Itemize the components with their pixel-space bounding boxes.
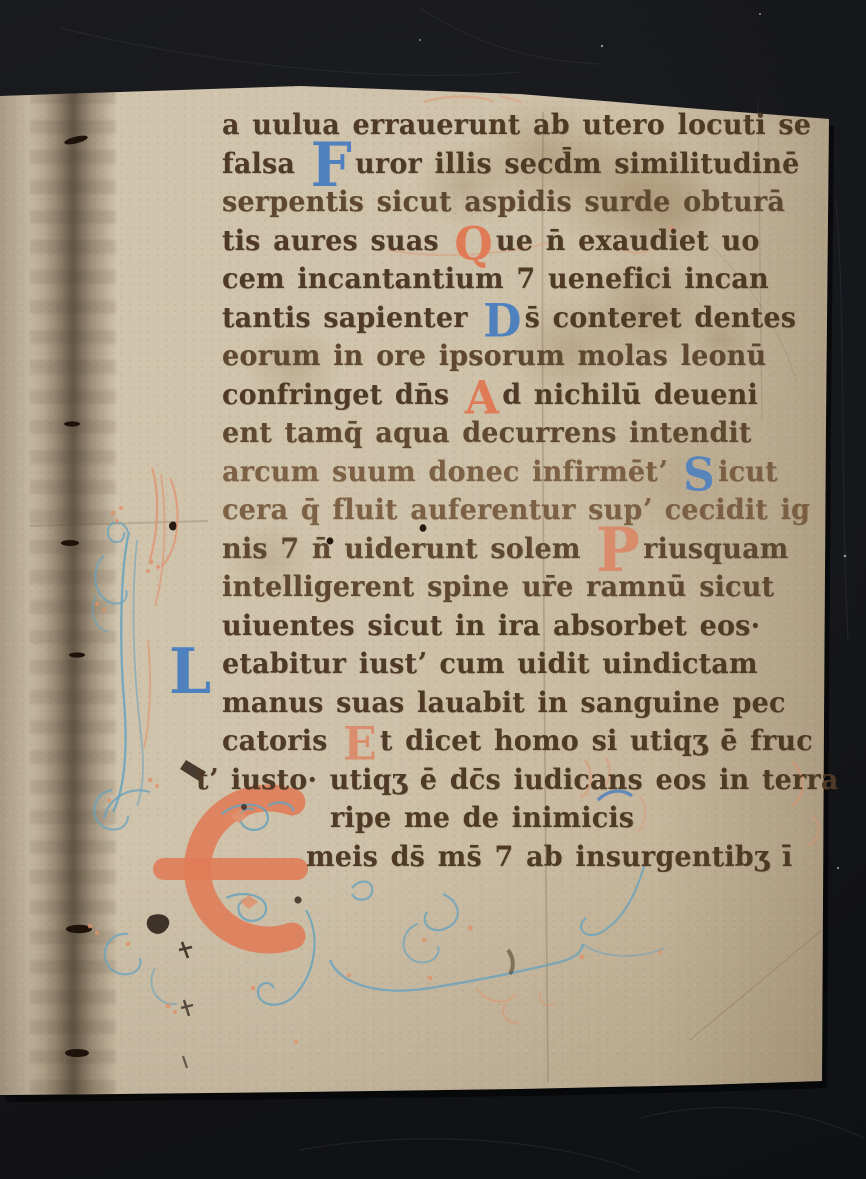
manuscript-text-line: intelligerent spine ur̄e ramnū sicut <box>222 572 774 604</box>
line-text: cem incantantium 7 uenefici incan <box>222 263 769 296</box>
line-text: uiuentes sicut in ira absorbet eos· <box>222 610 760 643</box>
line-text: s̄ conteret dentes <box>525 302 797 335</box>
manuscript-text-line: Letabitur iustʼ cum uidit uindictam <box>222 649 758 681</box>
line-text: manus suas lauabit in sanguine pec <box>222 687 786 720</box>
manuscript-text-line: nis 7 n̄ uiderunt solem Priusquam <box>222 534 789 566</box>
manuscript-text-line: falsa Furor illis secd̄m similitudinē <box>222 149 800 181</box>
line-text: meis ds̄ ms̄ 7 ab insurgentibʒ ī <box>306 841 792 874</box>
line-text: d nichilū deueni <box>502 379 758 412</box>
line-text: icut <box>718 456 778 489</box>
manuscript-text-line: cem incantantium 7 uenefici incan <box>222 264 769 296</box>
line-text: tantis sapienter <box>222 302 480 335</box>
manuscript-text-line: serpentis sicut aspidis surde obturā <box>222 187 785 219</box>
manuscript-text-line: arcum suum donec infirmētʼ Sicut <box>222 457 778 489</box>
illuminated-initial: L <box>166 641 214 704</box>
line-text: falsa <box>222 148 308 181</box>
binding-spine <box>30 0 116 1179</box>
line-text: catoris <box>222 725 340 758</box>
manuscript-text-line: ripe me de inimicis <box>330 803 634 835</box>
manuscript-text-line: uiuentes sicut in ira absorbet eos· <box>222 611 760 643</box>
line-text: t dicet homo si utiqʒ ē fruc <box>380 725 813 758</box>
line-text: ent tamq̄ aqua decurrens intendit <box>222 417 752 450</box>
manuscript-text-line: eorum in ore ipsorum molas leonū <box>222 341 766 373</box>
line-text: riusquam <box>643 533 789 566</box>
line-text: uror illis secd̄m similitudinē <box>355 148 799 181</box>
manuscript-text-line: catoris Et dicet homo si utiqʒ ē fruc <box>222 726 813 758</box>
line-text: confringet dn̄s <box>222 379 462 412</box>
line-text: serpentis sicut aspidis surde obturā <box>222 186 785 219</box>
line-text: tʼ iusto· utiqʒ ē dc̄s iudicans eos in t… <box>196 764 839 797</box>
manuscript-text-line: confringet dn̄s Ad nichilū deueni <box>222 380 758 412</box>
line-text: nis 7 n̄ uiderunt solem <box>222 533 593 566</box>
photographed-manuscript: a uulua errauerunt ab utero locuti se fa… <box>0 0 866 1179</box>
manuscript-text-line: manus suas lauabit in sanguine pec <box>222 688 786 720</box>
line-text: tis aures suas <box>222 225 451 258</box>
line-text: etabitur iustʼ cum uidit uindictam <box>222 648 758 681</box>
manuscript-text-line: meis ds̄ ms̄ 7 ab insurgentibʒ ī <box>306 842 792 874</box>
manuscript-text-line: tantis sapienter Ds̄ conteret dentes <box>222 303 796 335</box>
manuscript-text-line: tis aures suas Que n̄ exaudiet uo <box>222 226 760 258</box>
line-text: arcum suum donec infirmētʼ <box>222 456 680 489</box>
line-text: intelligerent spine ur̄e ramnū sicut <box>222 571 774 604</box>
manuscript-text-line: ent tamq̄ aqua decurrens intendit <box>222 418 752 450</box>
line-text: eorum in ore ipsorum molas leonū <box>222 340 766 373</box>
manuscript-text-line: cera q̄ fluit auferentur supʼ cecidit ig <box>222 495 810 527</box>
line-text: ripe me de inimicis <box>330 802 634 835</box>
line-text: cera q̄ fluit auferentur supʼ cecidit ig <box>222 494 810 527</box>
manuscript-text-line: tʼ iusto· utiqʒ ē dc̄s iudicans eos in t… <box>196 765 839 797</box>
line-text: ue n̄ exaudiet uo <box>496 225 760 258</box>
